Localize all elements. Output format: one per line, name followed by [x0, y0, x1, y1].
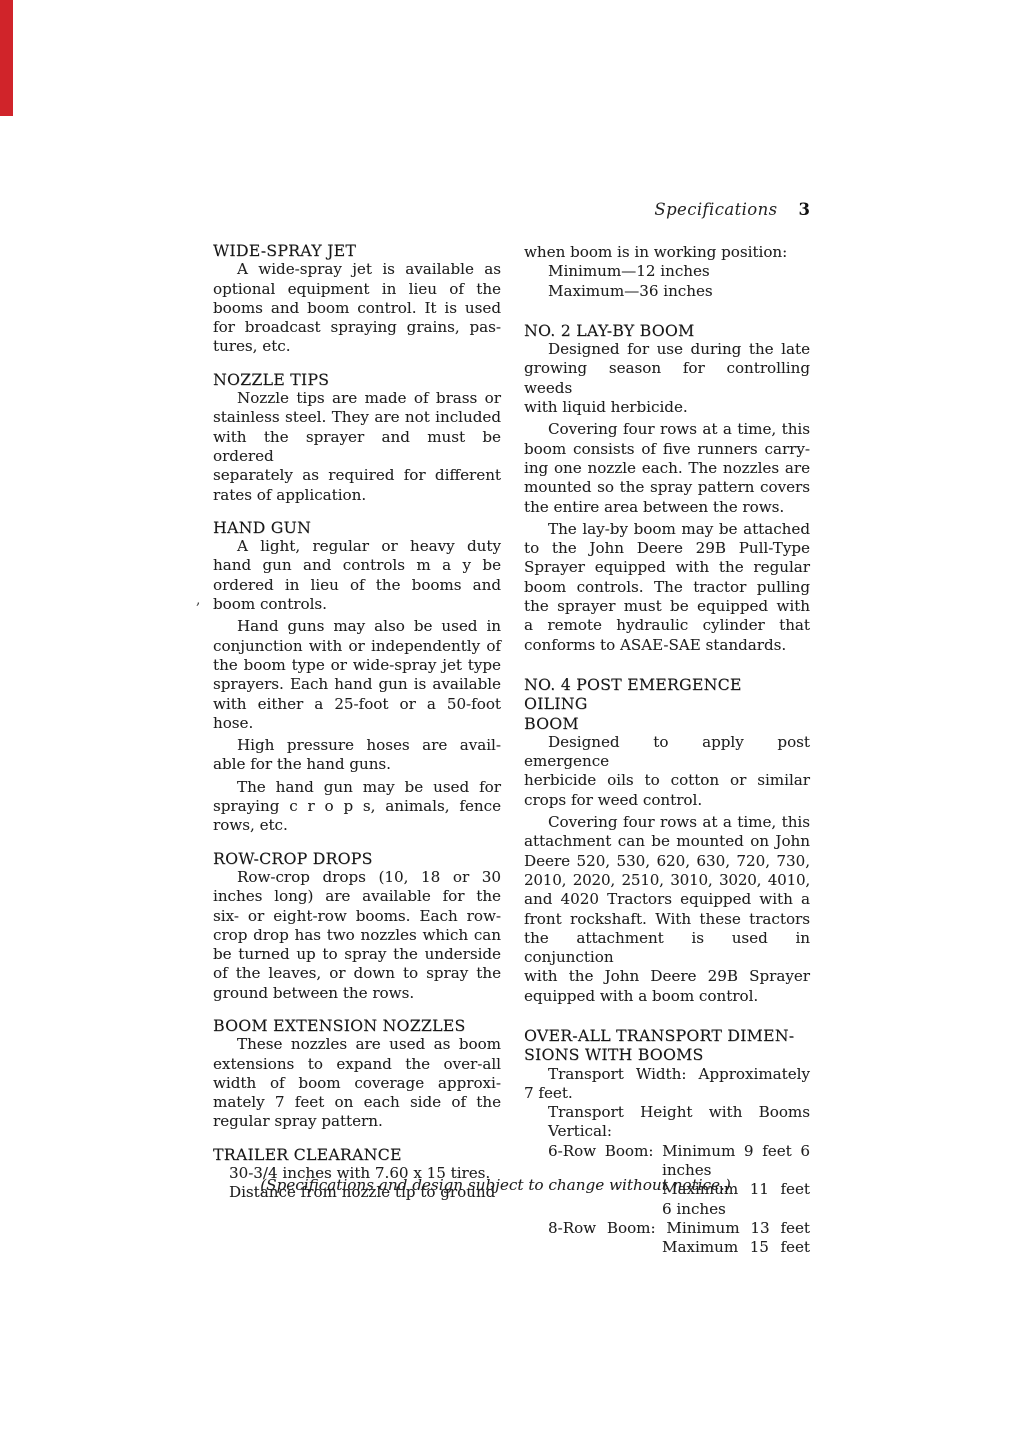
text-line: and 4020 Tractors equipped with a	[524, 890, 810, 909]
spec-line: Transport Height with Booms	[524, 1103, 810, 1122]
section-block: OVER-ALL TRANSPORT DIMEN-SIONS WITH BOOM…	[524, 1026, 810, 1258]
section-heading: SIONS WITH BOOMS	[524, 1045, 810, 1064]
section-block: NOZZLE TIPSNozzle tips are made of brass…	[213, 370, 501, 505]
text-line: conforms to ASAE-SAE standards.	[524, 636, 810, 655]
section-heading: NO. 2 LAY-BY BOOM	[524, 321, 810, 340]
paragraph: These nozzles are used as boomextensions…	[213, 1035, 501, 1131]
text-line: The lay-by boom may be attached	[524, 520, 810, 539]
text-line: tures, etc.	[213, 337, 501, 356]
text-line: width of boom coverage approxi-	[213, 1074, 501, 1093]
text-line: 2010, 2020, 2510, 3010, 3020, 4010,	[524, 871, 810, 890]
text-line: ground between the rows.	[213, 984, 501, 1003]
spec-line: 8-Row Boom: Minimum 13 feet	[524, 1219, 810, 1238]
text-line: rates of application.	[213, 486, 501, 505]
section-block: when boom is in working position:Minimum…	[524, 243, 810, 301]
footer-note: (Specifications and design subject to ch…	[213, 1176, 778, 1194]
spec-line: 7 feet.	[524, 1084, 810, 1103]
text-line: the entire area between the rows.	[524, 498, 810, 517]
text-line: Deere 520, 530, 620, 630, 720, 730,	[524, 852, 810, 871]
text-line: Nozzle tips are made of brass or	[213, 389, 501, 408]
paragraph: Designed to apply post emergenceherbicid…	[524, 733, 810, 810]
section-block: WIDE-SPRAY JETA wide-spray jet is availa…	[213, 241, 501, 357]
text-line: the attachment is used in conjunction	[524, 929, 810, 968]
text-line: mately 7 feet on each side of the	[213, 1093, 501, 1112]
paragraph: Covering four rows at a time, thisattach…	[524, 813, 810, 1006]
red-margin-stripe-artifact	[0, 0, 13, 116]
running-title: Specifications	[654, 200, 777, 219]
text-line: The hand gun may be used for	[213, 778, 501, 797]
paragraph: A wide-spray jet is available asoptional…	[213, 260, 501, 356]
text-line: the boom type or wide-spray jet type	[213, 656, 501, 675]
section-block: ROW-CROP DROPSRow-crop drops (10, 18 or …	[213, 849, 501, 1003]
text-line: with the sprayer and must be ordered	[213, 428, 501, 467]
paragraph: Designed for use during the lategrowing …	[524, 340, 810, 417]
running-header: Specifications 3	[213, 200, 810, 219]
text-line: spraying c r o p s, animals, fence	[213, 797, 501, 816]
section-block: BOOM EXTENSION NOZZLESThese nozzles are …	[213, 1016, 501, 1132]
section-block: NO. 2 LAY-BY BOOMDesigned for use during…	[524, 321, 810, 655]
text-line: of the leaves, or down to spray the	[213, 964, 501, 983]
paragraph: High pressure hoses are avail-able for t…	[213, 736, 501, 775]
section-heading: NOZZLE TIPS	[213, 370, 501, 389]
text-line: hand gun and controls m a y be	[213, 556, 501, 575]
text-line: extensions to expand the over-all	[213, 1055, 501, 1074]
text-line: regular spray pattern.	[213, 1112, 501, 1131]
text-line: with the John Deere 29B Sprayer	[524, 967, 810, 986]
text-line: a remote hydraulic cylinder that	[524, 616, 810, 635]
spec-line: 6 inches	[524, 1200, 810, 1219]
text-line: the sprayer must be equipped with	[524, 597, 810, 616]
text-line: A light, regular or heavy duty	[213, 537, 501, 556]
paragraph: Nozzle tips are made of brass orstainles…	[213, 389, 501, 505]
text-line: growing season for controlling weeds	[524, 359, 810, 398]
paragraph: Covering four rows at a time, thisboom c…	[524, 420, 810, 516]
left-column: WIDE-SPRAY JETA wide-spray jet is availa…	[213, 241, 501, 1203]
text-line: These nozzles are used as boom	[213, 1035, 501, 1054]
text-line: mounted so the spray pattern covers	[524, 478, 810, 497]
text-line: optional equipment in lieu of the	[213, 280, 501, 299]
text-line: hose.	[213, 714, 501, 733]
spec-line: when boom is in working position:	[524, 243, 810, 262]
text-line: crop drop has two nozzles which can	[213, 926, 501, 945]
text-line: Covering four rows at a time, this	[524, 813, 810, 832]
text-line: attachment can be mounted on John	[524, 832, 810, 851]
scan-artifact-mark: ,	[196, 592, 200, 608]
text-line: ordered in lieu of the booms and	[213, 576, 501, 595]
spec-line: Vertical:	[524, 1122, 810, 1141]
text-line: crops for weed control.	[524, 791, 810, 810]
text-line: separately as required for different	[213, 466, 501, 485]
text-line: sprayers. Each hand gun is available	[213, 675, 501, 694]
text-line: equipped with a boom control.	[524, 987, 810, 1006]
text-line: Hand guns may also be used in	[213, 617, 501, 636]
spec-line: Transport Width: Approximately	[524, 1065, 810, 1084]
text-line: High pressure hoses are avail-	[213, 736, 501, 755]
text-line: with either a 25-foot or a 50-foot	[213, 695, 501, 714]
text-line: with liquid herbicide.	[524, 398, 810, 417]
scanned-manual-page: Specifications 3 WIDE-SPRAY JETA wide-sp…	[0, 0, 1024, 1449]
text-line: six- or eight-row booms. Each row-	[213, 907, 501, 926]
paragraph: The hand gun may be used forspraying c r…	[213, 778, 501, 836]
text-line: boom controls.	[213, 595, 501, 614]
right-column: when boom is in working position:Minimum…	[524, 243, 810, 1258]
section-heading: OVER-ALL TRANSPORT DIMEN-	[524, 1026, 810, 1045]
text-line: Sprayer equipped with the regular	[524, 558, 810, 577]
text-line: herbicide oils to cotton or similar	[524, 771, 810, 790]
text-line: Row-crop drops (10, 18 or 30	[213, 868, 501, 887]
text-line: front rockshaft. With these tractors	[524, 910, 810, 929]
paragraph: A light, regular or heavy dutyhand gun a…	[213, 537, 501, 614]
text-line: rows, etc.	[213, 816, 501, 835]
text-line: able for the hand guns.	[213, 755, 501, 774]
text-line: for broadcast spraying grains, pas-	[213, 318, 501, 337]
text-line: A wide-spray jet is available as	[213, 260, 501, 279]
page-number: 3	[799, 200, 810, 219]
spec-line: Maximum 15 feet	[524, 1238, 810, 1257]
paragraph: The lay-by boom may be attachedto the Jo…	[524, 520, 810, 655]
spec-line: Maximum—36 inches	[524, 282, 810, 301]
section-block: HAND GUNA light, regular or heavy dutyha…	[213, 518, 501, 836]
text-line: to the John Deere 29B Pull-Type	[524, 539, 810, 558]
section-heading: TRAILER CLEARANCE	[213, 1145, 501, 1164]
text-line: stainless steel. They are not included	[213, 408, 501, 427]
text-line: conjunction with or independently of	[213, 637, 501, 656]
text-line: boom consists of five runners carry-	[524, 440, 810, 459]
section-block: NO. 4 POST EMERGENCE OILINGBOOMDesigned …	[524, 675, 810, 1006]
paragraph: Hand guns may also be used inconjunction…	[213, 617, 501, 733]
spec-line: 6-Row Boom: Minimum 9 feet 6	[524, 1142, 810, 1161]
paragraph: Row-crop drops (10, 18 or 30inches long)…	[213, 868, 501, 1003]
text-line: Covering four rows at a time, this	[524, 420, 810, 439]
paragraph: when boom is in working position:Minimum…	[524, 243, 810, 301]
section-heading: ROW-CROP DROPS	[213, 849, 501, 868]
text-line: be turned up to spray the underside	[213, 945, 501, 964]
text-line: booms and boom control. It is used	[213, 299, 501, 318]
text-line: inches long) are available for the	[213, 887, 501, 906]
spec-line: Minimum—12 inches	[524, 262, 810, 281]
paragraph: Transport Width: Approximately7 feet.Tra…	[524, 1065, 810, 1258]
section-heading: BOOM EXTENSION NOZZLES	[213, 1016, 501, 1035]
section-heading: HAND GUN	[213, 518, 501, 537]
text-line: boom controls. The tractor pulling	[524, 578, 810, 597]
section-heading: NO. 4 POST EMERGENCE OILING	[524, 675, 810, 714]
section-heading: WIDE-SPRAY JET	[213, 241, 501, 260]
section-heading: BOOM	[524, 714, 810, 733]
text-line: Designed to apply post emergence	[524, 733, 810, 772]
text-line: Designed for use during the late	[524, 340, 810, 359]
text-line: ing one nozzle each. The nozzles are	[524, 459, 810, 478]
